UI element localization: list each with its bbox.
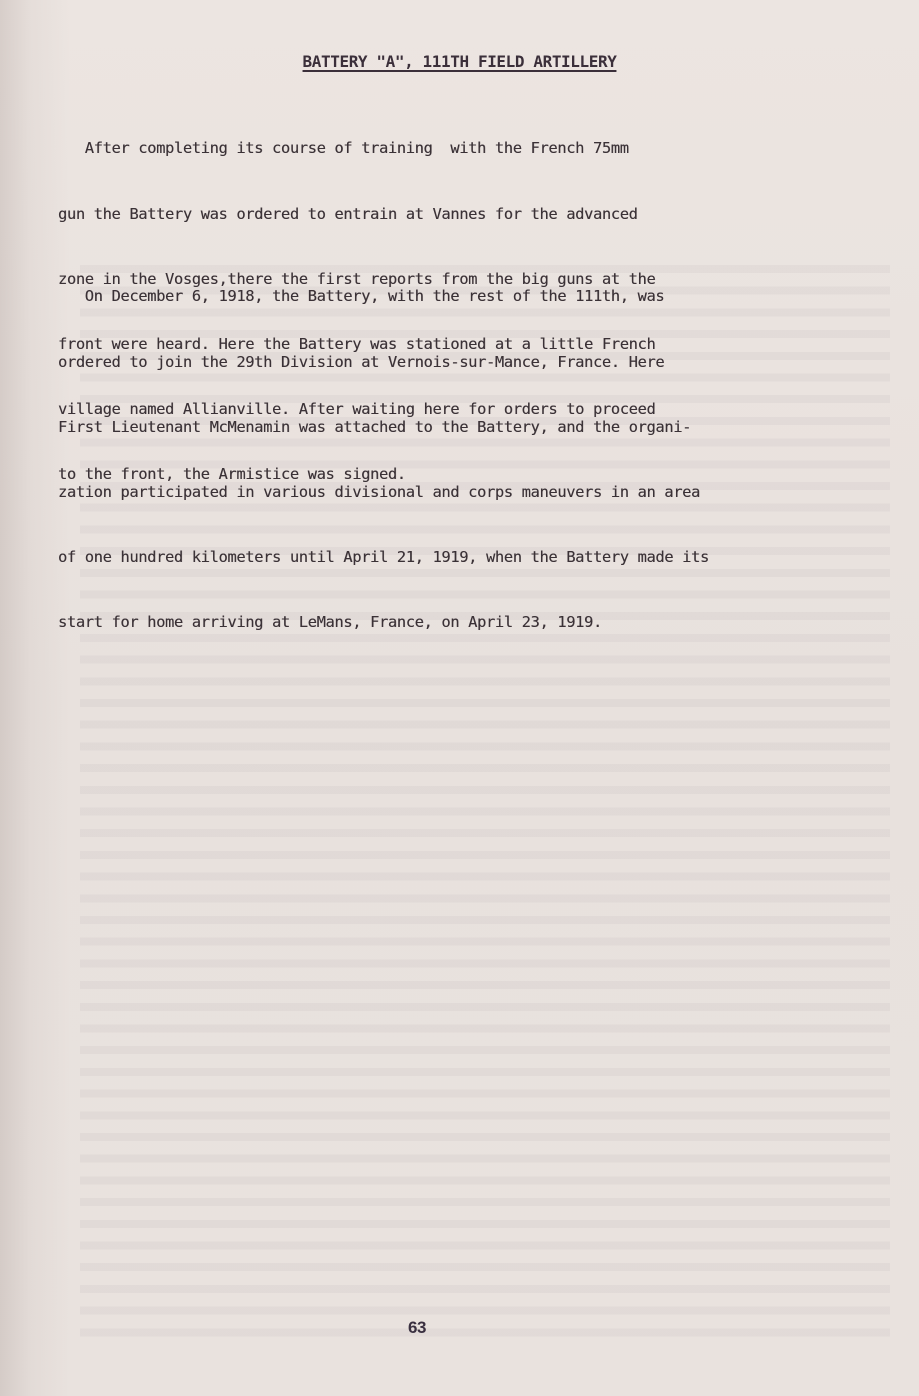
text-line: gun the Battery was ordered to entrain a… [58, 204, 858, 226]
page-title-text: BATTERY "A", 111TH FIELD ARTILLERY [303, 52, 617, 71]
paragraph-29th-division: On December 6, 1918, the Battery, with t… [58, 243, 858, 677]
page-number: 63 [408, 1318, 426, 1338]
text-line: zation participated in various divisiona… [58, 482, 858, 504]
text-line: start for home arriving at LeMans, Franc… [58, 612, 858, 634]
page-title: BATTERY "A", 111TH FIELD ARTILLERY [0, 52, 919, 71]
text-line: ordered to join the 29th Division at Ver… [58, 352, 858, 374]
text-line: First Lieutenant McMenamin was attached … [58, 417, 858, 439]
text-line: of one hundred kilometers until April 21… [58, 547, 858, 569]
document-page: BATTERY "A", 111TH FIELD ARTILLERY After… [0, 0, 919, 1396]
text-line: On December 6, 1918, the Battery, with t… [58, 286, 858, 308]
text-line: After completing its course of training … [58, 138, 858, 160]
